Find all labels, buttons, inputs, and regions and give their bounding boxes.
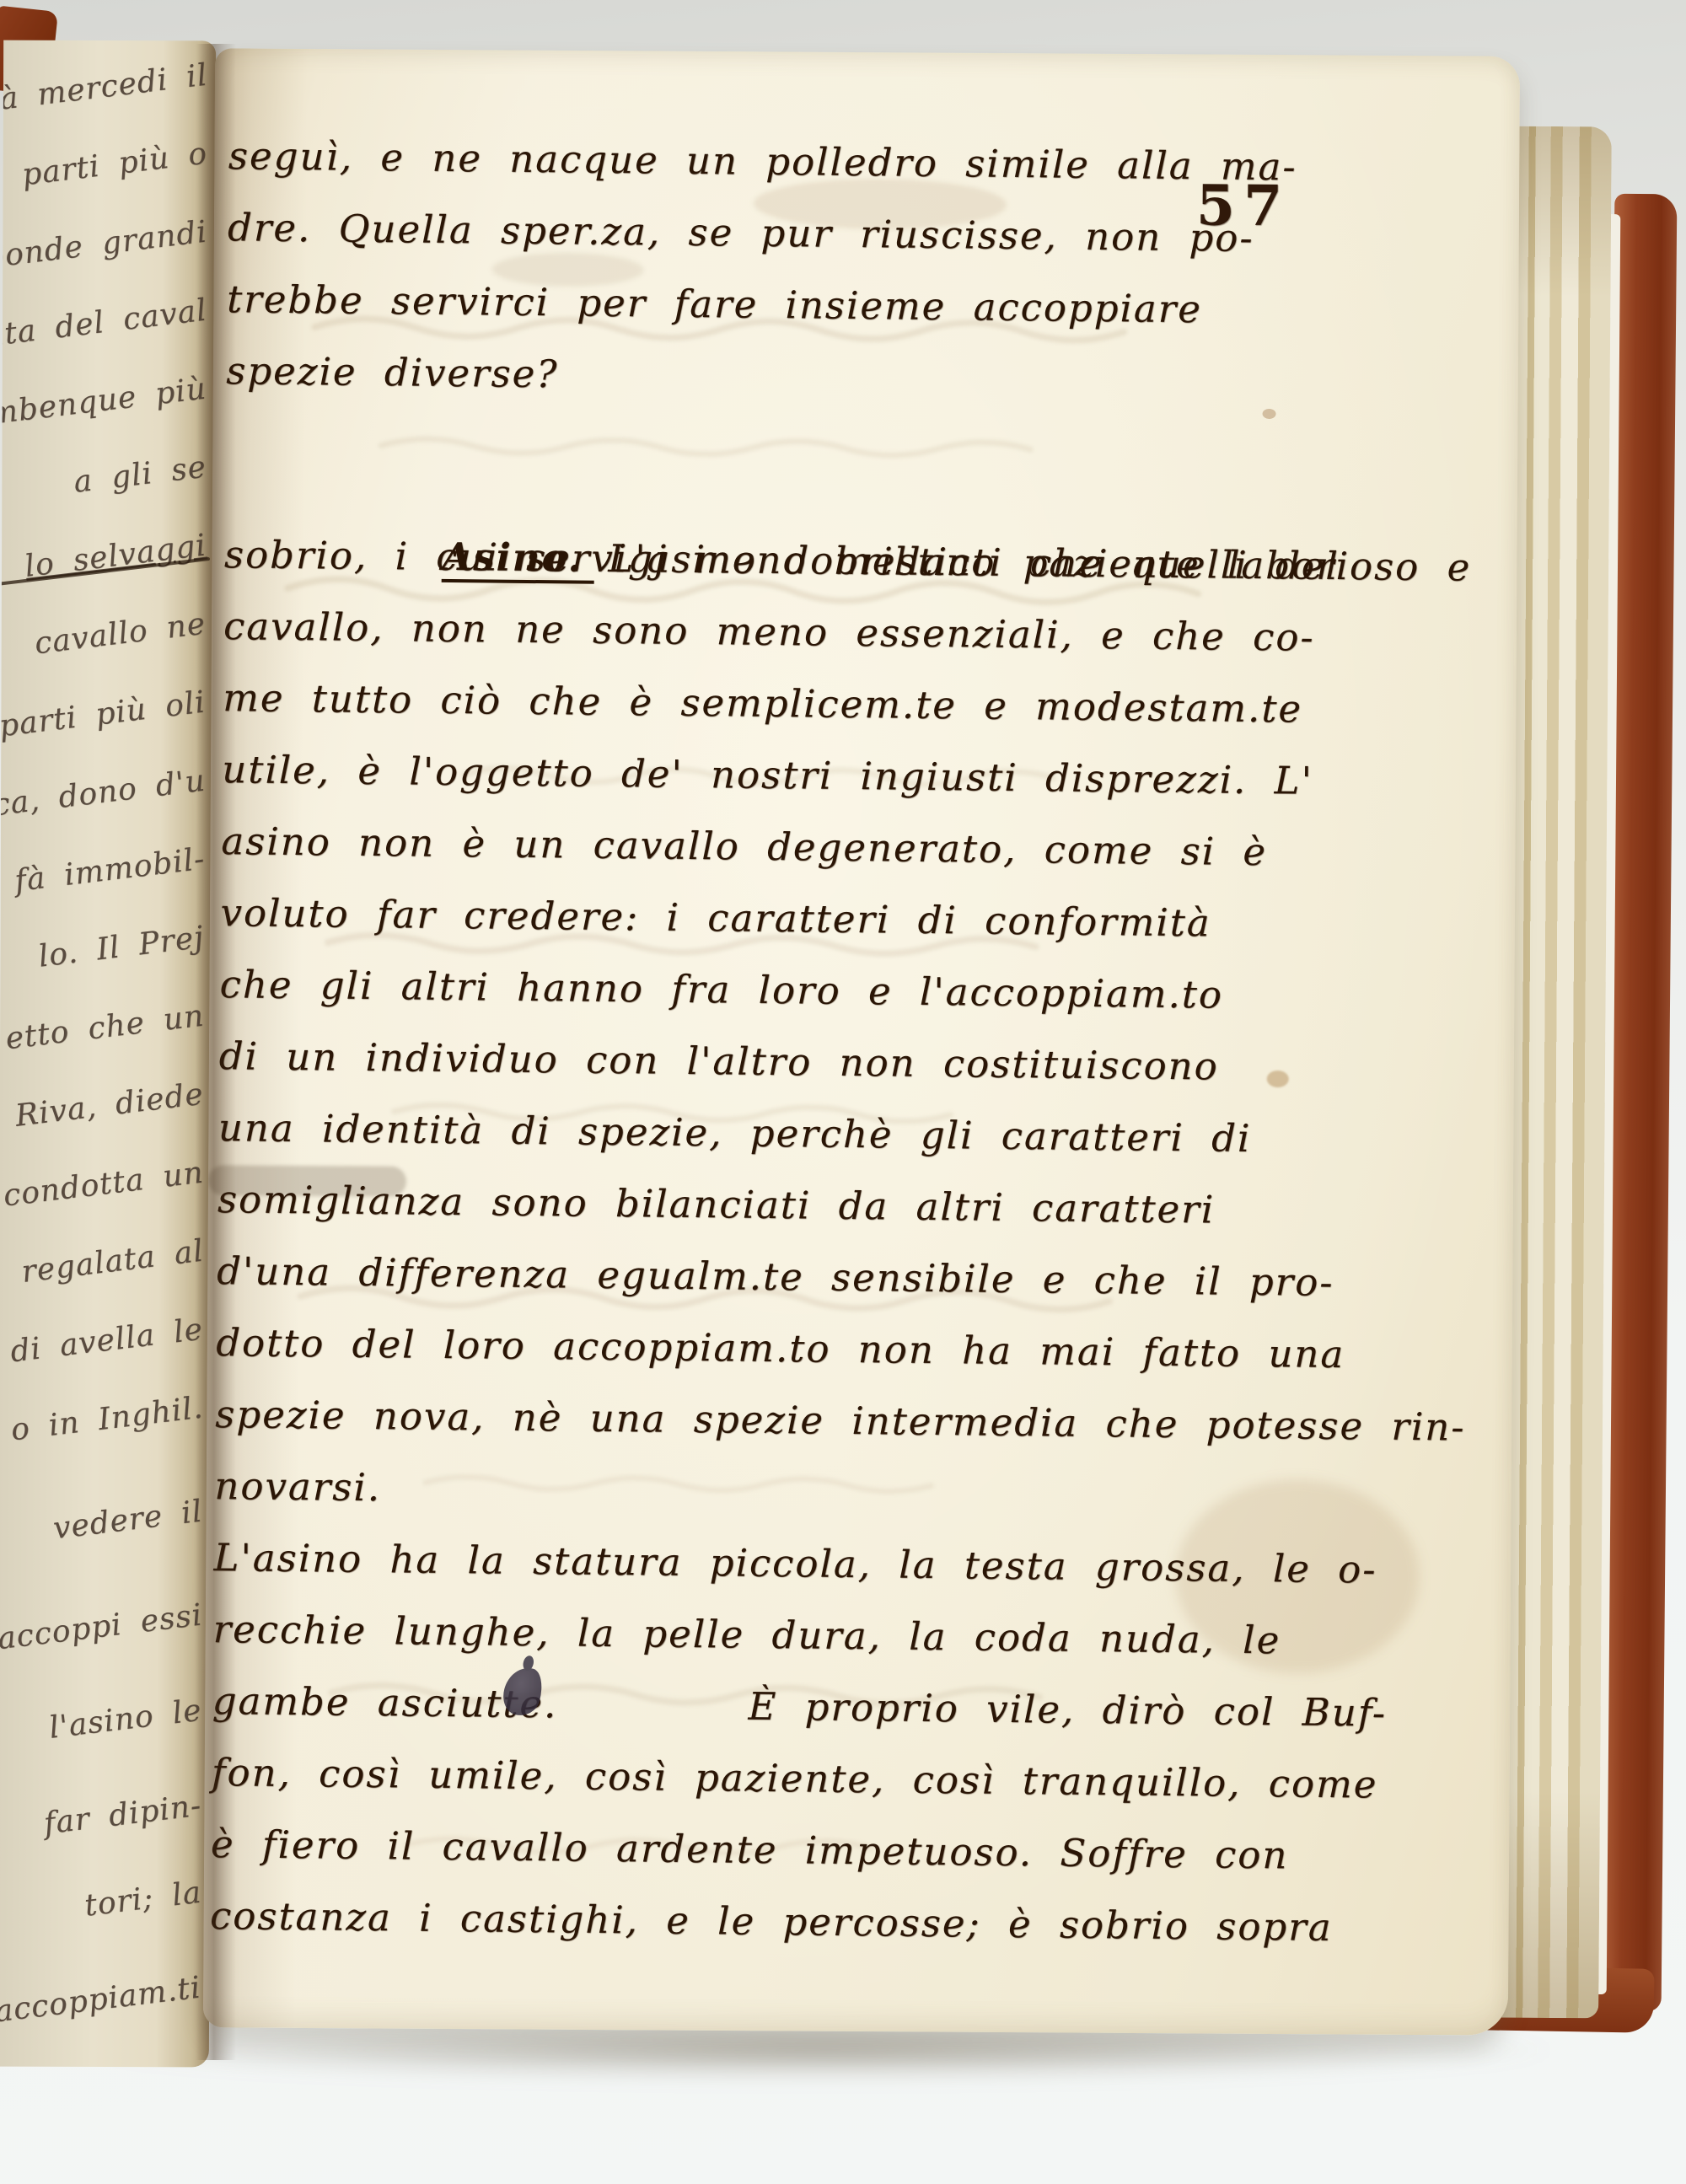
left-page-fragment: di avella le: [8, 1312, 205, 1370]
manuscript-line: trebbe servirci per fare insieme accoppi…: [227, 263, 1458, 347]
left-page-fragment: tori; la: [83, 1875, 203, 1924]
manuscript-line: costanza i castighi, e le percosse; è so…: [210, 1880, 1442, 1964]
left-page-fragment: à mercedi il: [0, 58, 209, 117]
manuscript-text: seguì, e ne nacque un polledro simile al…: [210, 120, 1460, 1964]
left-page-fragment: a gli se: [72, 450, 208, 500]
manuscript-line: di un individuo con l'altro non costitui…: [218, 1020, 1450, 1104]
left-page-fragment: ambenque più: [0, 372, 208, 434]
manuscript-line: voluto far credere: i caratteri di confo…: [220, 877, 1452, 961]
left-page-fragment: condotta un: [2, 1156, 206, 1214]
left-page-fragment: accoppiam.ti: [0, 1971, 203, 2030]
manuscript-line: utile, è l'oggetto de' nostri ingiusti d…: [222, 733, 1453, 818]
left-page-fragment: cavallo ne: [33, 607, 207, 662]
manuscript-line: d'una differenza egualm.te sensibile e c…: [217, 1235, 1448, 1319]
manuscript-line: una identità di spezie, perchè gli carat…: [217, 1092, 1449, 1176]
manuscript-line: somiglianza sono bilanciati da altri car…: [217, 1163, 1449, 1248]
photo-backdrop: à mercedi il parti più o bonde grandi ci…: [0, 0, 1686, 2184]
left-page-fragment: cita del caval: [0, 293, 209, 355]
left-page-fragment: parti più o: [20, 137, 209, 193]
right-page: 57 seguì, e ne nacque un polledro simile…: [203, 48, 1520, 2035]
left-page-fragment: o in Inghil.: [8, 1391, 205, 1448]
manuscript-line: spezie diverse?: [226, 335, 1458, 419]
manuscript-line: me tutto ciò che è semplicem.te e modest…: [223, 662, 1454, 746]
manuscript-line: asino non è un cavallo degenerato, come …: [221, 805, 1452, 889]
manuscript-line: dre. Quella sper.za, se pur riuscisse, n…: [228, 191, 1459, 276]
manuscript-line: gambe asciutte. È proprio vile, dirò col…: [212, 1665, 1443, 1749]
left-page-fragment: l'asino le: [47, 1693, 204, 1746]
manuscript-line: recchie lunghe, la pelle dura, la coda n…: [212, 1593, 1444, 1677]
left-page-fragment: accoppi essi: [0, 1598, 204, 1657]
left-page-fragment: Riva, diede: [13, 1077, 206, 1134]
manuscript-line: dotto del loro accoppiam.to non ha mai f…: [216, 1307, 1447, 1391]
left-page-fragment: lo. Il Prej: [37, 920, 207, 974]
left-page-fragment: far dipin-: [42, 1789, 203, 1842]
manuscript-line: è fiero il cavallo ardente impetuoso. So…: [211, 1808, 1442, 1892]
manuscript-line: novarsi.: [214, 1450, 1446, 1534]
left-page-fragment: bonde grandi: [0, 215, 209, 276]
manuscript-line: sobrio, i cui servigj meno brillanti che…: [224, 518, 1456, 603]
manuscript-line: cavallo, non ne sono meno essenziali, e …: [223, 590, 1455, 674]
left-page-fragment: nica, dono d'u: [0, 764, 207, 827]
left-page-fragment: etto che un: [4, 999, 207, 1057]
left-page: à mercedi il parti più o bonde grandi ci…: [0, 40, 216, 2068]
left-page-fragment: se fà immobil-: [0, 842, 207, 905]
manuscript-line: seguì, e ne nacque un polledro simile al…: [228, 120, 1460, 204]
manuscript-line: L'asino ha la statura piccola, la testa …: [213, 1521, 1445, 1606]
left-page-fragment: parti più oli: [0, 685, 207, 744]
manuscript-line: che gli altri hanno fra loro e l'accoppi…: [219, 948, 1451, 1033]
manuscript-line: fon, così umile, così paziente, così tra…: [211, 1736, 1442, 1821]
manuscript-line: Asino.L'asino domestico paziente laborio…: [224, 447, 1456, 531]
manuscript-line: spezie nova, nè una spezie intermedia ch…: [215, 1378, 1447, 1462]
left-page-fragment: regalata al: [19, 1234, 206, 1290]
left-page-fragment: vedere il: [51, 1494, 205, 1547]
